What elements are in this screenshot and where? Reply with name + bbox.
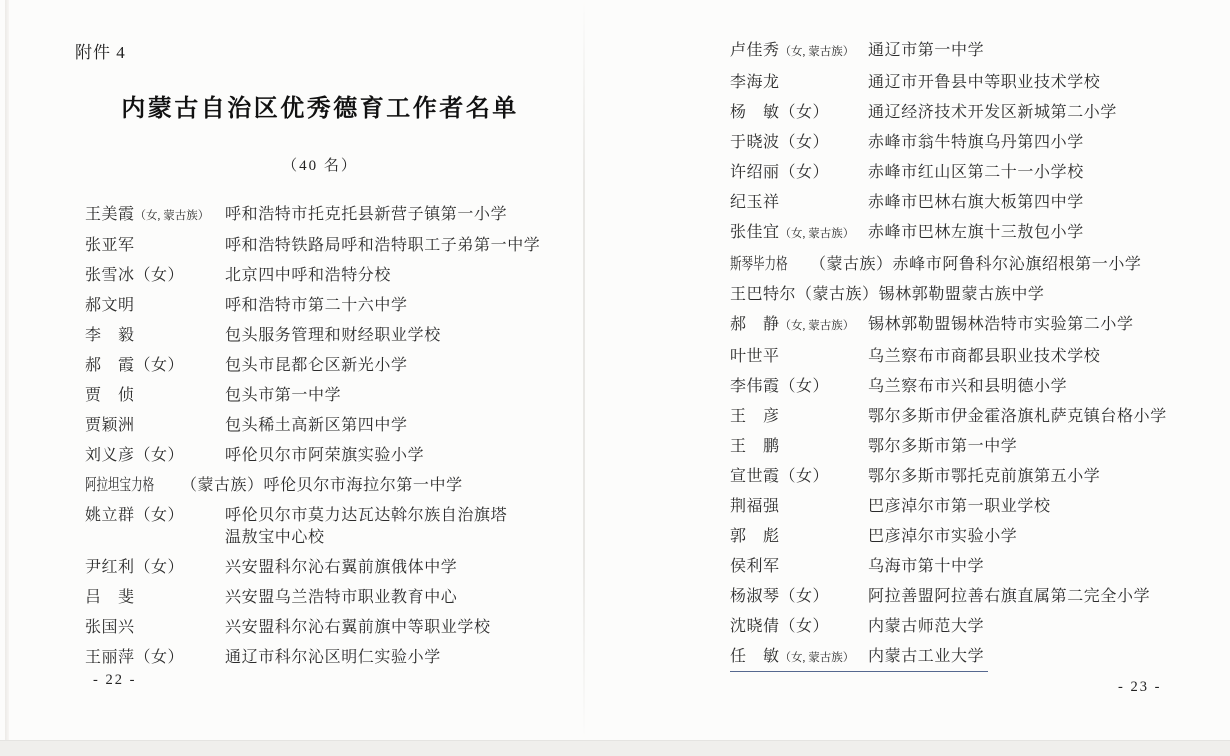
list-item: 荆福强巴彦淖尔市第一职业学校 [730,496,1205,517]
person-name-cell: 沈晓倩（女） [730,616,868,637]
school-name: 兴安盟科尔沁右翼前旗俄体中学 [225,557,457,579]
person-name-cell: 李 毅 [85,325,225,347]
name-list-right: 卢佳秀（女, 蒙古族）通辽市第一中学李海龙通辽市开鲁县中等职业技术学校杨 敏（女… [730,40,1205,681]
school-name: 呼伦贝尔市莫力达瓦达斡尔族自治旗塔 温敖宝中心校 [225,505,507,549]
person-note: （女） [780,378,830,395]
school-name: 鄂尔多斯市鄂托克前旗第五小学 [868,466,1100,487]
school-name: 呼和浩特市托克托县新营子镇第一小学 [225,204,507,226]
person-name-cell: 王 彦 [730,406,868,427]
person-name-cell: 姚立群（女） [85,505,225,527]
person-name: 李伟霞 [730,376,780,397]
school-name: 通辽市开鲁县中等职业技术学校 [868,72,1100,93]
person-name: 沈晓倩 [730,616,780,637]
person-name: 阿拉坦宝力格 [85,475,154,497]
school-name: 内蒙古工业大学 [868,646,988,667]
person-name: 卢佳秀 [730,40,780,61]
person-note: （女） [135,507,185,524]
person-name-cell: 于晓波（女） [730,132,868,153]
list-item: 郝 静（女, 蒙古族）锡林郭勒盟锡林浩特市实验第二小学 [730,314,1205,337]
person-name: 杨 敏 [730,102,780,123]
person-name-cell: 贾颖洲 [85,415,225,437]
person-name: 张佳宜 [730,222,780,243]
school-name: 包头服务管理和财经职业学校 [225,325,441,347]
person-name: 吕 斐 [85,587,135,609]
person-name-cell: 郭 彪 [730,526,868,547]
person-name: 王巴特尔 [730,284,796,305]
person-note: （女, 蒙古族） [780,46,855,58]
person-note: （女, 蒙古族） [780,320,855,332]
list-item: 刘义彦（女）呼伦贝尔市阿荣旗实验小学 [85,445,580,467]
person-name: 贾颖洲 [85,415,135,437]
school-name: 包头稀土高新区第四中学 [225,415,408,437]
person-name: 郝文明 [85,295,135,317]
person-name: 许绍丽 [730,162,780,183]
person-name-cell: 郝 静（女, 蒙古族） [730,314,868,337]
person-name-cell: 叶世平 [730,346,868,367]
page-gutter-shadow [583,0,585,740]
person-note: （女） [135,267,185,284]
school-name: 鄂尔多斯市第一中学 [868,436,1017,457]
school-name: 鄂尔多斯市伊金霍洛旗札萨克镇台格小学 [868,406,1167,427]
person-name: 斯琴毕力格 [730,254,788,275]
person-name: 刘义彦 [85,445,135,467]
list-item: 斯琴毕力格（蒙古族）赤峰市阿鲁科尔沁旗绍根第一小学 [730,254,1205,275]
school-name: 呼伦贝尔市阿荣旗实验小学 [225,445,424,467]
list-item: 杨 敏（女）通辽经济技术开发区新城第二小学 [730,102,1205,123]
person-name: 侯利军 [730,556,780,577]
school-name: 北京四中呼和浩特分校 [225,265,391,287]
person-note: （女） [135,649,185,666]
school-name: 呼和浩特铁路局呼和浩特职工子弟第一中学 [225,235,540,257]
list-item: 张雪冰（女）北京四中呼和浩特分校 [85,265,580,287]
person-name-cell: 杨淑琴（女） [730,586,868,607]
list-item: 阿拉坦宝力格（蒙古族）呼伦贝尔市海拉尔第一中学 [85,475,580,497]
page-title: 内蒙古自治区优秀德育工作者名单 [60,88,580,123]
list-item: 于晓波（女）赤峰市翁牛特旗乌丹第四小学 [730,132,1205,153]
person-name-cell: 尹红利（女） [85,557,225,579]
list-item: 宣世霞（女）鄂尔多斯市鄂托克前旗第五小学 [730,466,1205,487]
list-item: 张亚军呼和浩特铁路局呼和浩特职工子弟第一中学 [85,235,580,257]
person-note: （蒙古族） [181,477,264,494]
school-name: 通辽经济技术开发区新城第二小学 [868,102,1117,123]
person-note: （女） [780,164,830,181]
list-item: 郝 霞（女）包头市昆都仑区新光小学 [85,355,580,377]
person-note: （蒙古族） [796,286,879,303]
list-item: 纪玉祥赤峰市巴林右旗大板第四中学 [730,192,1205,213]
list-item: 侯利军乌海市第十中学 [730,556,1205,577]
person-name: 张亚军 [85,235,135,257]
page-number: - 23 - [1118,679,1161,696]
page-number: - 22 - [93,672,136,689]
list-item: 李海龙通辽市开鲁县中等职业技术学校 [730,72,1205,93]
person-note: （女） [135,447,185,464]
list-item: 王 彦鄂尔多斯市伊金霍洛旗札萨克镇台格小学 [730,406,1205,427]
page-left-edge-shadow [5,0,9,740]
person-note: （女） [780,588,830,605]
person-name-cell: 张国兴 [85,617,225,639]
count-label: （40 名） [60,154,580,175]
school-name: 呼伦贝尔市海拉尔第一中学 [264,475,463,497]
person-name-cell: 张佳宜（女, 蒙古族） [730,222,868,245]
person-name: 任 敏 [730,646,780,667]
person-note: （女, 蒙古族） [135,210,210,222]
person-name-cell: 斯琴毕力格（蒙古族） [730,254,893,275]
person-name-cell: 吕 斐 [85,587,225,609]
person-name: 李 毅 [85,325,135,347]
person-name: 郝 静 [730,314,780,335]
school-name: 乌兰察布市兴和县明德小学 [868,376,1067,397]
person-name-cell: 郝文明 [85,295,225,317]
person-note: （女） [780,104,830,121]
school-name: 乌海市第十中学 [868,556,984,577]
person-name-cell: 郝 霞（女） [85,355,225,377]
person-note: （女, 蒙古族） [780,228,855,240]
person-note: （女） [135,559,185,576]
person-name-cell: 侯利军 [730,556,868,577]
person-name: 尹红利 [85,557,135,579]
person-note: （女） [780,134,830,151]
person-note: （女） [780,618,830,635]
person-name-cell: 许绍丽（女） [730,162,868,183]
school-name: 包头市第一中学 [225,385,341,407]
school-name: 阿拉善盟阿拉善右旗直属第二完全小学 [868,586,1150,607]
person-name-cell: 刘义彦（女） [85,445,225,467]
person-name-cell: 阿拉坦宝力格（蒙古族） [85,475,264,497]
person-name-cell: 李海龙 [730,72,868,93]
person-name: 于晓波 [730,132,780,153]
list-item: 张国兴兴安盟科尔沁右翼前旗中等职业学校 [85,617,580,639]
school-name: 巴彦淖尔市实验小学 [868,526,1017,547]
page-right: 卢佳秀（女, 蒙古族）通辽市第一中学李海龙通辽市开鲁县中等职业技术学校杨 敏（女… [730,0,1205,756]
person-name-cell: 卢佳秀（女, 蒙古族） [730,40,868,63]
list-item: 沈晓倩（女）内蒙古师范大学 [730,616,1205,637]
person-name: 姚立群 [85,505,135,527]
person-name-cell: 李伟霞（女） [730,376,868,397]
list-item: 杨淑琴（女）阿拉善盟阿拉善右旗直属第二完全小学 [730,586,1205,607]
person-name: 王 彦 [730,406,780,427]
person-note: （蒙古族） [810,256,893,273]
list-item: 王丽萍（女）通辽市科尔沁区明仁实验小学 [85,647,580,669]
person-note: （女） [135,357,185,374]
person-name-cell: 荆福强 [730,496,868,517]
person-name-cell: 纪玉祥 [730,192,868,213]
attachment-label: 附件 4 [75,38,126,63]
person-name-cell: 王巴特尔（蒙古族） [730,284,879,305]
person-name: 王丽萍 [85,647,135,669]
person-name-cell: 任 敏（女, 蒙古族） [730,646,868,669]
school-name: 内蒙古师范大学 [868,616,984,637]
list-item: 许绍丽（女）赤峰市红山区第二十一小学校 [730,162,1205,183]
list-item: 李 毅包头服务管理和财经职业学校 [85,325,580,347]
person-name: 王 鹏 [730,436,780,457]
person-name-cell: 王 鹏 [730,436,868,457]
person-name: 荆福强 [730,496,780,517]
school-name: 赤峰市红山区第二十一小学校 [868,162,1084,183]
person-name: 郝 霞 [85,355,135,377]
scan-bottom-edge [0,740,1230,756]
person-name-cell: 宣世霞（女） [730,466,868,487]
list-item: 尹红利（女）兴安盟科尔沁右翼前旗俄体中学 [85,557,580,579]
list-item: 郭 彪巴彦淖尔市实验小学 [730,526,1205,547]
person-name: 郭 彪 [730,526,780,547]
list-item: 张佳宜（女, 蒙古族）赤峰市巴林左旗十三敖包小学 [730,222,1205,245]
person-name: 宣世霞 [730,466,780,487]
scanned-document: 附件 4 内蒙古自治区优秀德育工作者名单 （40 名） 王美霞（女, 蒙古族）呼… [0,0,1230,756]
name-list-left: 王美霞（女, 蒙古族）呼和浩特市托克托县新营子镇第一小学张亚军呼和浩特铁路局呼和… [85,204,580,677]
person-name-cell: 贾 侦 [85,385,225,407]
list-item: 王 鹏鄂尔多斯市第一中学 [730,436,1205,457]
school-name: 锡林郭勒盟锡林浩特市实验第二小学 [868,314,1134,335]
list-item: 卢佳秀（女, 蒙古族）通辽市第一中学 [730,40,1205,63]
school-name: 通辽市科尔沁区明仁实验小学 [225,647,441,669]
school-name: 包头市昆都仑区新光小学 [225,355,408,377]
person-name: 纪玉祥 [730,192,780,213]
list-item: 任 敏（女, 蒙古族）内蒙古工业大学 [730,646,988,672]
list-item: 李伟霞（女）乌兰察布市兴和县明德小学 [730,376,1205,397]
list-item: 吕 斐兴安盟乌兰浩特市职业教育中心 [85,587,580,609]
page-left: 附件 4 内蒙古自治区优秀德育工作者名单 （40 名） 王美霞（女, 蒙古族）呼… [60,0,580,756]
list-item: 姚立群（女）呼伦贝尔市莫力达瓦达斡尔族自治旗塔 温敖宝中心校 [85,505,580,549]
list-item: 贾 侦包头市第一中学 [85,385,580,407]
person-name-cell: 杨 敏（女） [730,102,868,123]
person-note: （女, 蒙古族） [780,652,855,664]
person-name: 叶世平 [730,346,780,367]
school-name: 通辽市第一中学 [868,40,984,61]
list-item: 叶世平乌兰察布市商都县职业技术学校 [730,346,1205,367]
school-name: 赤峰市巴林右旗大板第四中学 [868,192,1084,213]
person-note: （女） [780,468,830,485]
person-name: 张雪冰 [85,265,135,287]
list-item: 郝文明呼和浩特市第二十六中学 [85,295,580,317]
person-name: 贾 侦 [85,385,135,407]
person-name-cell: 张雪冰（女） [85,265,225,287]
list-item: 王美霞（女, 蒙古族）呼和浩特市托克托县新营子镇第一小学 [85,204,580,227]
school-name: 乌兰察布市商都县职业技术学校 [868,346,1100,367]
school-name: 赤峰市阿鲁科尔沁旗绍根第一小学 [893,254,1142,275]
school-name: 兴安盟乌兰浩特市职业教育中心 [225,587,457,609]
school-name: 巴彦淖尔市第一职业学校 [868,496,1051,517]
school-name: 赤峰市翁牛特旗乌丹第四小学 [868,132,1084,153]
person-name: 张国兴 [85,617,135,639]
school-name: 锡林郭勒盟蒙古族中学 [879,284,1045,305]
person-name: 李海龙 [730,72,780,93]
list-item: 贾颖洲包头稀土高新区第四中学 [85,415,580,437]
school-name: 赤峰市巴林左旗十三敖包小学 [868,222,1084,243]
school-name: 兴安盟科尔沁右翼前旗中等职业学校 [225,617,491,639]
person-name-cell: 张亚军 [85,235,225,257]
person-name: 杨淑琴 [730,586,780,607]
list-item: 王巴特尔（蒙古族）锡林郭勒盟蒙古族中学 [730,284,1205,305]
person-name-cell: 王丽萍（女） [85,647,225,669]
school-name: 呼和浩特市第二十六中学 [225,295,408,317]
person-name: 王美霞 [85,204,135,226]
person-name-cell: 王美霞（女, 蒙古族） [85,204,225,227]
